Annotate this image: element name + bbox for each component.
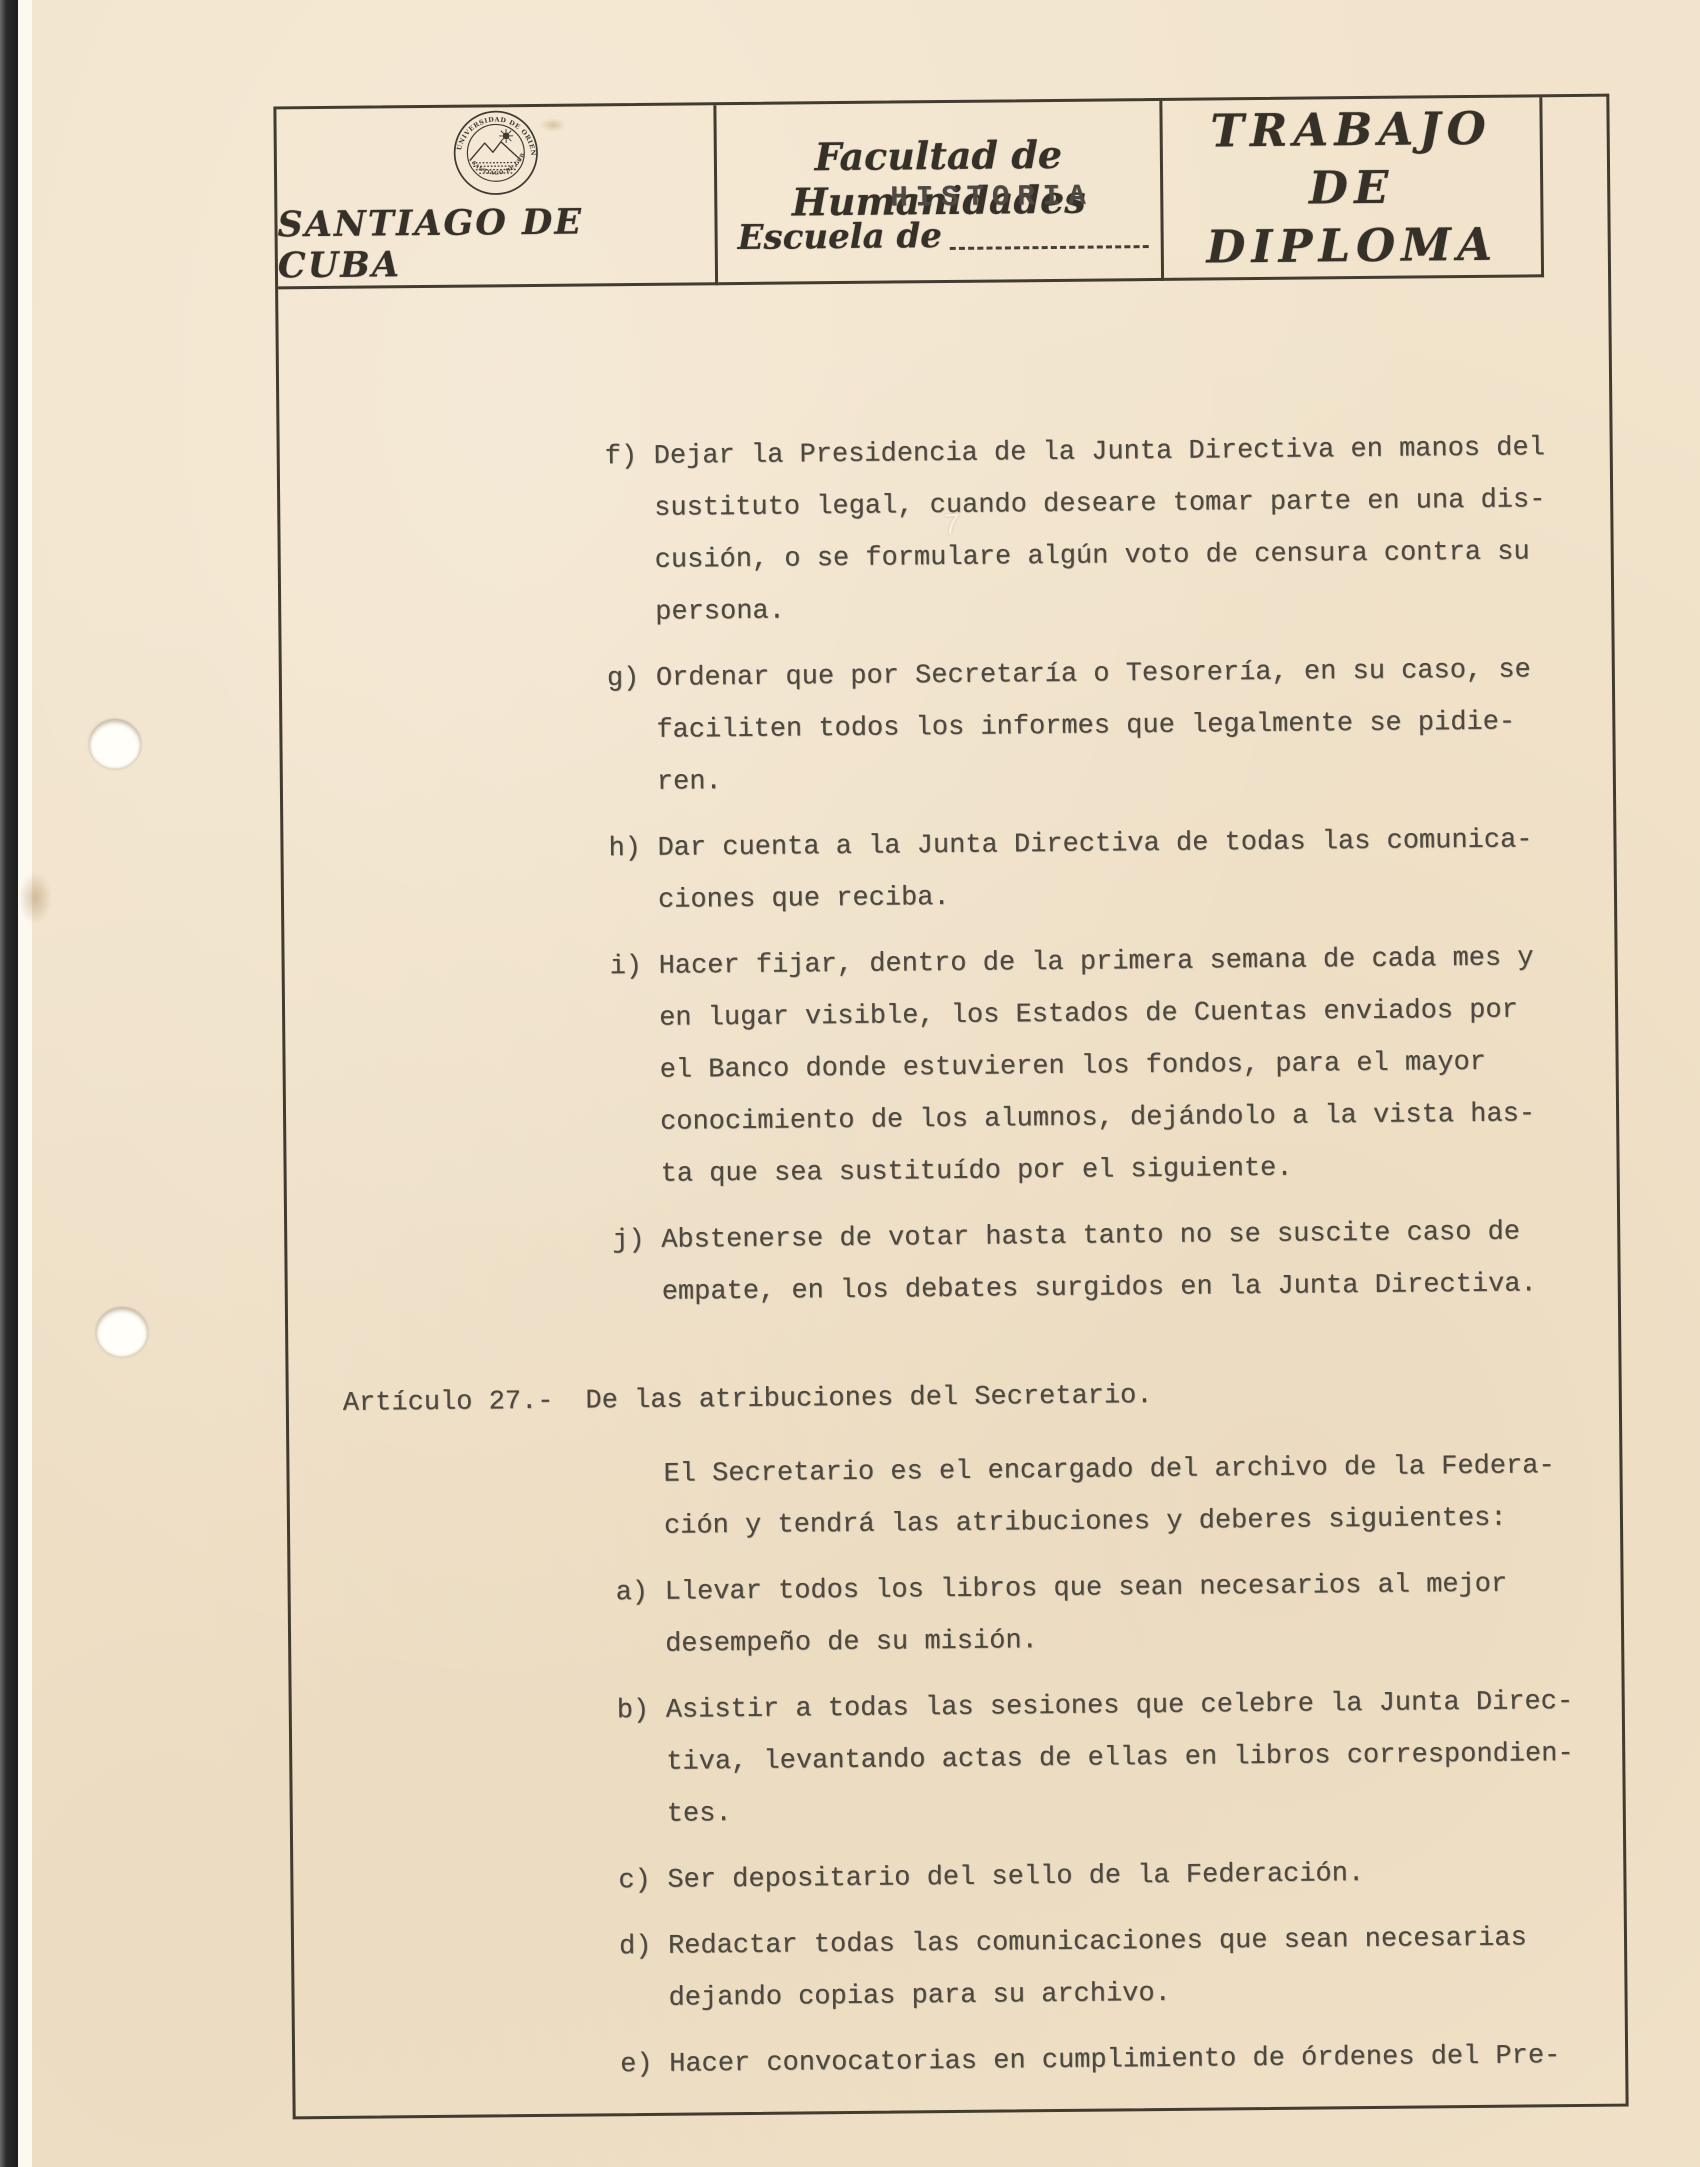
item-line: ciones que reciba. xyxy=(658,866,1584,927)
list-item-a: a) Llevar todos los libros que sean nece… xyxy=(664,1558,1591,1671)
item-marker: j) xyxy=(612,1215,645,1267)
paragraph-line: El Secretario es el encargado del archiv… xyxy=(663,1440,1589,1501)
item-marker: b) xyxy=(617,1685,650,1737)
list-item-j: j) Abstenerse de votar hasta tanto no se… xyxy=(661,1206,1588,1319)
seal-sun-icon xyxy=(499,129,513,143)
item-marker: c) xyxy=(618,1855,651,1907)
paragraph-line: ción y tendrá las atribuciones y deberes… xyxy=(664,1492,1590,1553)
item-line: Ser depositario del sello de la Federaci… xyxy=(667,1846,1593,1907)
item-line: persona. xyxy=(655,578,1581,639)
article-intro-paragraph: El Secretario es el encargado del archiv… xyxy=(663,1440,1590,1553)
scanner-edge-strip xyxy=(0,0,18,2167)
item-line: ren. xyxy=(657,748,1583,809)
document-frame: UNIVERSIDAD DE ORIENTE SANTIAGO DE CUBA xyxy=(273,94,1628,2120)
item-line: Redactar todas las comunicaciones que se… xyxy=(668,1912,1594,1973)
list-item-f: f) Dejar la Presidencia de la Junta Dire… xyxy=(654,422,1582,639)
punch-hole-bottom xyxy=(96,1307,148,1357)
item-line: Ordenar que por Secretaría o Tesorería, … xyxy=(656,644,1582,705)
item-line: conocimiento de los alumnos, dejándolo a… xyxy=(660,1088,1586,1149)
scanned-document-page: UNIVERSIDAD DE ORIENTE SANTIAGO DE CUBA xyxy=(0,0,1700,2167)
paper-edge-strip xyxy=(18,0,32,2167)
item-line: tiva, levantando actas de ellas en libro… xyxy=(666,1728,1592,1789)
item-line: dejando copias para su archivo. xyxy=(668,1964,1594,2025)
letterhead-school-cell: Facultad de Humanidades HISTORIA Escuela… xyxy=(716,101,1164,285)
item-marker: h) xyxy=(608,823,641,875)
item-marker: g) xyxy=(607,653,640,705)
school-name-typed: HISTORIA xyxy=(890,180,1094,215)
article-label: Artículo 27.- xyxy=(343,1376,554,1430)
item-line: el Banco donde estuvieren los fondos, pa… xyxy=(659,1036,1585,1097)
item-line: sustituto legal, cuando deseare tomar pa… xyxy=(654,474,1580,535)
letterhead-doctype-cell: TRABAJO DE DIPLOMA xyxy=(1162,97,1544,281)
letterhead-seal-cell: UNIVERSIDAD DE ORIENTE SANTIAGO DE CUBA xyxy=(276,105,718,289)
item-line: Llevar todos los libros que sean necesar… xyxy=(664,1558,1590,1619)
item-line: desempeño de su misión. xyxy=(665,1610,1591,1671)
item-line: empate, en los debates surgidos en la Ju… xyxy=(662,1258,1588,1319)
item-line: ta que sea sustituído por el siguiente. xyxy=(660,1140,1586,1201)
item-line: tes. xyxy=(667,1780,1593,1841)
item-marker: a) xyxy=(615,1567,648,1619)
item-line: en lugar visible, los Estados de Cuentas… xyxy=(659,984,1585,1045)
university-seal-icon: UNIVERSIDAD DE ORIENTE SANTIAGO DE CUBA xyxy=(421,109,570,197)
list-item-c: c) Ser depositario del sello de la Feder… xyxy=(667,1846,1593,1907)
item-marker: i) xyxy=(609,941,642,993)
punch-hole-top xyxy=(89,719,141,769)
seal-mountains-icon xyxy=(469,142,520,161)
item-line: cusión, o se formulare algún voto de cen… xyxy=(654,526,1580,587)
list-item-d: d) Redactar todas las comunicaciones que… xyxy=(668,1912,1595,2025)
item-marker: f) xyxy=(605,431,638,483)
school-label: Escuela de xyxy=(737,216,942,258)
fill-in-line xyxy=(950,244,1149,250)
item-line: Abstenerse de votar hasta tanto no se su… xyxy=(661,1206,1587,1267)
item-line: faciliten todos los informes que legalme… xyxy=(656,696,1582,757)
school-fill-in-row: Escuela de xyxy=(737,214,1148,258)
list-item-b: b) Asistir a todas las sesiones que cele… xyxy=(666,1676,1593,1841)
item-line: Hacer convocatorias en cumplimiento de ó… xyxy=(669,2030,1595,2091)
item-line: Dejar la Presidencia de la Junta Directi… xyxy=(654,422,1580,483)
item-line: Dar cuenta a la Junta Directiva de todas… xyxy=(657,814,1583,875)
item-line: Asistir a todas las sesiones que celebre… xyxy=(666,1676,1592,1737)
letterhead: UNIVERSIDAD DE ORIENTE SANTIAGO DE CUBA xyxy=(276,97,1608,290)
item-line: Hacer fijar, dentro de la primera semana… xyxy=(658,932,1584,993)
letterhead-margin-cell xyxy=(1542,97,1608,278)
list-item-g: g) Ordenar que por Secretaría o Tesorerí… xyxy=(656,644,1583,809)
item-marker: e) xyxy=(620,2039,653,2091)
list-item-e: e) Hacer convocatorias en cumplimiento d… xyxy=(669,2030,1595,2091)
doc-type-line2: DE DIPLOMA xyxy=(1163,157,1541,277)
letterhead-city: SANTIAGO DE CUBA xyxy=(277,200,715,286)
doc-type-line1: TRABAJO xyxy=(1210,99,1492,160)
typed-body: 7 f) Dejar la Presidencia de la Junta Di… xyxy=(278,277,1625,2095)
article-title: De las atribuciones del Secretario. xyxy=(585,1370,1153,1427)
list-item-h: h) Dar cuenta a la Junta Directiva de to… xyxy=(657,814,1584,927)
list-item-i: i) Hacer fijar, dentro de la primera sem… xyxy=(658,932,1586,1201)
item-marker: d) xyxy=(619,1921,652,1973)
article-heading: Artículo 27.- De las atribuciones del Se… xyxy=(343,1366,1589,1430)
